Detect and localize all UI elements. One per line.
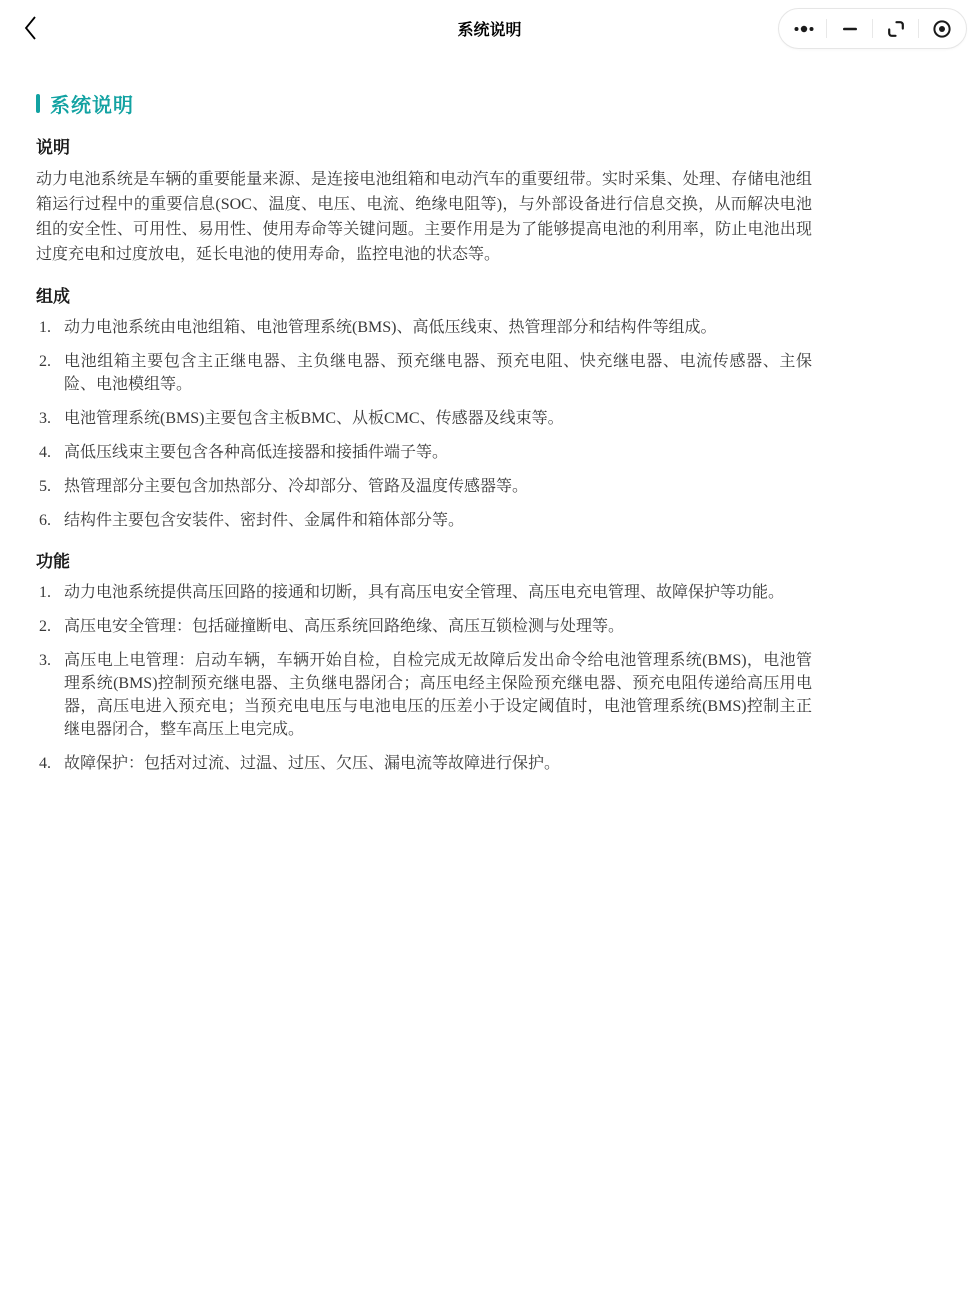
minimize-button[interactable] [827, 9, 872, 48]
close-circle-icon [931, 18, 953, 40]
more-button[interactable] [781, 9, 826, 48]
composition-list: 动力电池系统由电池组箱、电池管理系统(BMS)、高低压线束、热管理部分和结构件等… [36, 316, 812, 532]
navbar: 系统说明 [0, 0, 979, 56]
list-item: 热管理部分主要包含加热部分、冷却部分、管路及温度传感器等。 [36, 475, 812, 498]
section-title: 系统说明 [36, 56, 812, 118]
heading-description: 说明 [36, 133, 812, 158]
heading-composition: 组成 [36, 282, 812, 307]
restore-icon [886, 19, 906, 39]
list-item: 高低压线束主要包含各种高低连接器和接插件端子等。 [36, 441, 812, 464]
main-content: 系统说明 说明 动力电池系统是车辆的重要能量来源、是连接电池组箱和电动汽车的重要… [36, 56, 812, 775]
section-title-text: 系统说明 [50, 89, 134, 118]
accent-bar [36, 94, 40, 113]
list-item: 结构件主要包含安装件、密封件、金属件和箱体部分等。 [36, 509, 812, 532]
list-item: 动力电池系统提供高压回路的接通和切断，具有高压电安全管理、高压电充电管理、故障保… [36, 581, 812, 604]
heading-functions: 功能 [36, 547, 812, 572]
list-item: 电池管理系统(BMS)主要包含主板BMC、从板CMC、传感器及线束等。 [36, 407, 812, 430]
more-dots-icon [793, 19, 815, 39]
list-item: 电池组箱主要包含主正继电器、主负继电器、预充继电器、预充电阻、快充继电器、电流传… [36, 350, 812, 396]
description-paragraph: 动力电池系统是车辆的重要能量来源、是连接电池组箱和电动汽车的重要纽带。实时采集、… [36, 167, 812, 267]
list-item: 高压电上电管理：启动车辆，车辆开始自检，自检完成无故障后发出命令给电池管理系统(… [36, 649, 812, 741]
functions-list: 动力电池系统提供高压回路的接通和切断，具有高压电安全管理、高压电充电管理、故障保… [36, 581, 812, 775]
minimize-icon [840, 19, 860, 39]
window-capsule [778, 8, 967, 49]
close-button[interactable] [919, 9, 964, 48]
list-item: 动力电池系统由电池组箱、电池管理系统(BMS)、高低压线束、热管理部分和结构件等… [36, 316, 812, 339]
list-item: 故障保护：包括对过流、过温、过压、欠压、漏电流等故障进行保护。 [36, 752, 812, 775]
list-item: 高压电安全管理：包括碰撞断电、高压系统回路绝缘、高压互锁检测与处理等。 [36, 615, 812, 638]
restore-button[interactable] [873, 9, 918, 48]
